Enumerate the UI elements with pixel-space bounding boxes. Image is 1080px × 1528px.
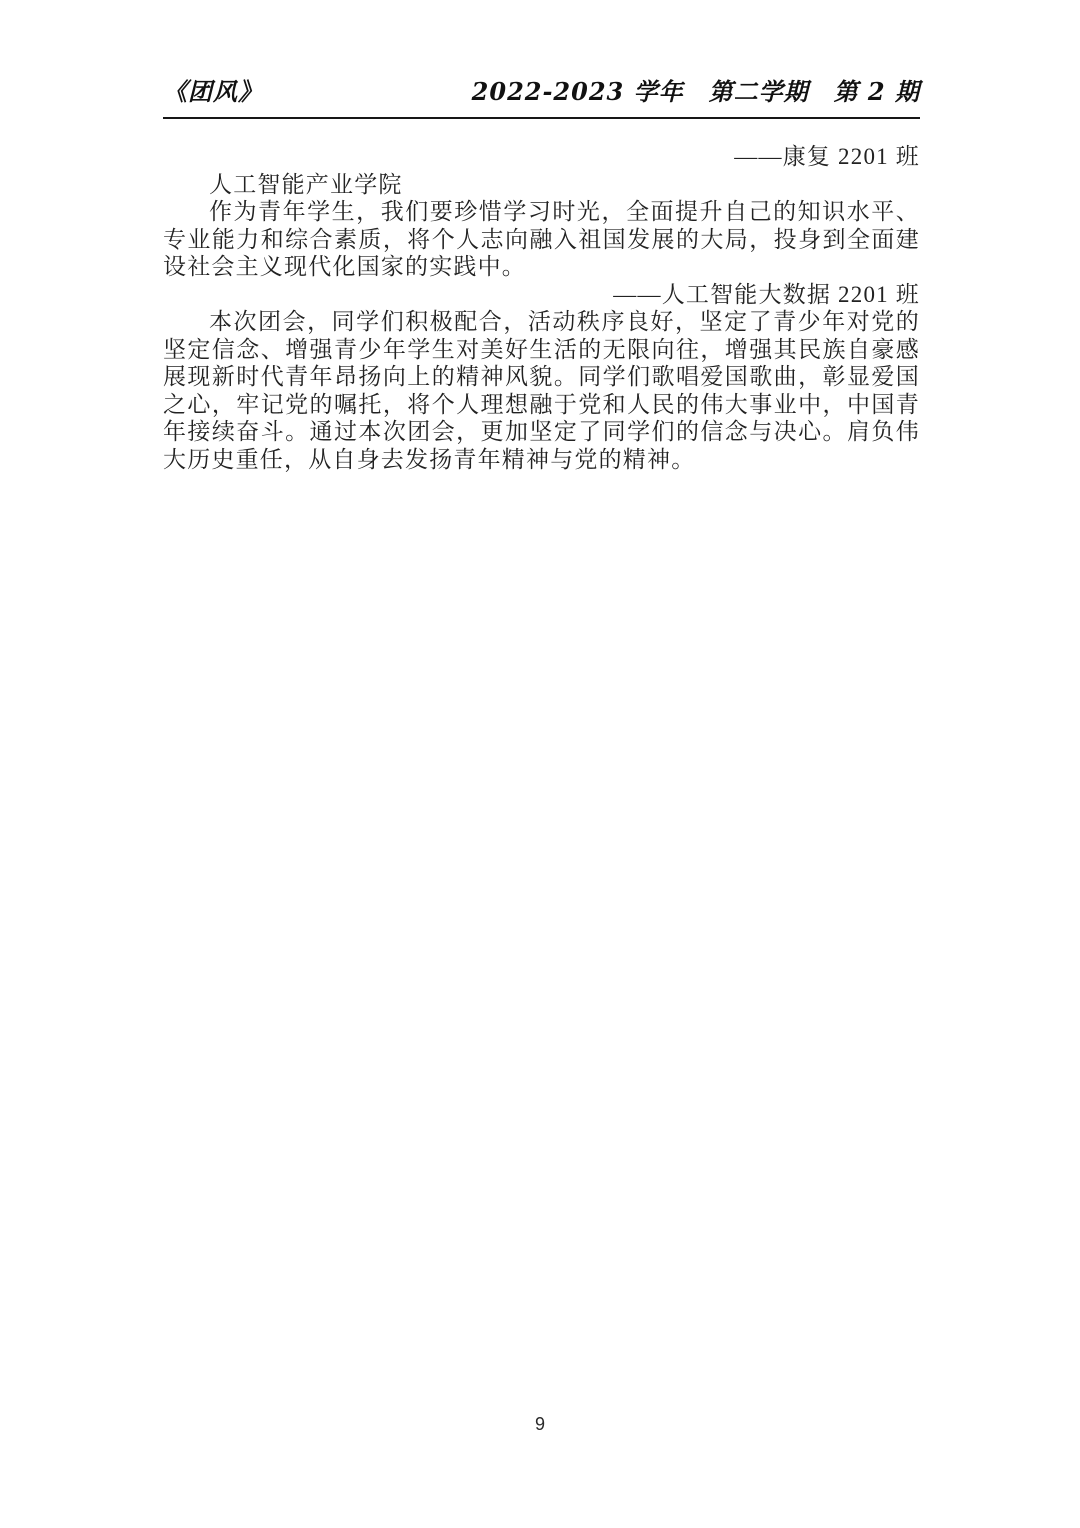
issue-info: 2022-2023 学年 第二学期 第 2 期: [472, 72, 920, 107]
attribution-ai-bigdata-class: ——人工智能大数据 2201 班: [163, 281, 920, 309]
paragraph-1: 作为青年学生，我们要珍惜学习时光，全面提升自己的知识水平、专业能力和综合素质，将…: [163, 198, 920, 281]
attribution-kangfu-class: ——康复 2201 班: [163, 143, 920, 171]
document-page: 《团风》 2022-2023 学年 第二学期 第 2 期 ——康复 2201 班…: [0, 0, 1080, 1528]
page-number: 9: [0, 1414, 1080, 1435]
journal-title: 《团风》: [163, 72, 263, 107]
page-header: 《团风》 2022-2023 学年 第二学期 第 2 期: [163, 72, 920, 119]
paragraph-2: 本次团会，同学们积极配合，活动秩序良好，坚定了青少年对党的坚定信念、增强青少年学…: [163, 308, 920, 473]
page-content: 《团风》 2022-2023 学年 第二学期 第 2 期 ——康复 2201 班…: [163, 72, 920, 473]
body-text-block: ——康复 2201 班 人工智能产业学院 作为青年学生，我们要珍惜学习时光，全面…: [163, 143, 920, 473]
department-line: 人工智能产业学院: [163, 171, 920, 199]
